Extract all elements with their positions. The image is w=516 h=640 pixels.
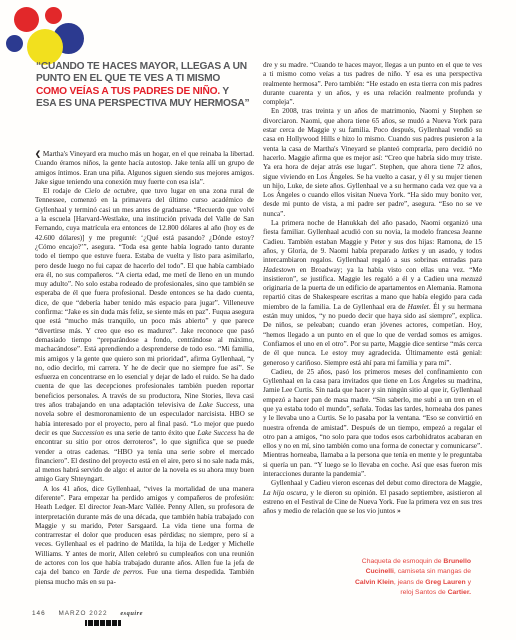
circle-red-large-icon (14, 7, 39, 32)
magazine-logo: esquire (120, 610, 143, 617)
paragraph: Cadieu, de 25 años, pasó los primeros me… (263, 368, 482, 480)
circle-yellow-icon (27, 29, 63, 65)
pull-quote-line: “CUANDO TE HACES MAYOR, LLEGAS A UN (36, 61, 298, 73)
article-column-left: ❮ Martha's Vineyard era mucho más un hog… (35, 150, 254, 606)
footer: 146 MARZO 2022 esquire (32, 610, 143, 617)
pull-quote: “CUANDO TE HACES MAYOR, LLEGAS A UNPUNTO… (36, 61, 298, 111)
article-column-right: dre y su madre. “Cuando te haces mayor, … (263, 61, 482, 535)
paragraph: Gyllenhaal y Cadieu vieron escenas del d… (263, 479, 482, 516)
pull-quote-line: PUNTO EN EL QUE TE VES A TI MISMO (36, 73, 298, 85)
pull-quote-line: ESA ES UNA PERSPECTIVA MUY HERMOSA” (36, 98, 298, 110)
paragraph: dre y su madre. “Cuando te haces mayor, … (263, 61, 482, 107)
paragraph: A los 41 años, dice Gyllenhaal, “vives l… (35, 485, 254, 587)
pull-quote-line: COMO VEÍAS A TUS PADRES DE NIÑO. Y (36, 86, 298, 98)
paragraph: En 2008, tras treinta y un años de matri… (263, 107, 482, 219)
circle-blue-small-icon (6, 35, 23, 52)
circle-red-small-icon (45, 7, 62, 24)
paragraph: El rodaje de Cielo de octubre, que tuvo … (35, 187, 254, 485)
barcode (85, 620, 121, 626)
page-number: 146 (32, 610, 46, 617)
paragraph: La primera noche de Hanukkah del año pas… (263, 219, 482, 368)
issue-date: MARZO 2022 (58, 610, 107, 617)
photo-caption: Chaqueta de esmoquin de Brunello Cucinel… (345, 557, 471, 598)
magazine-page: “CUANDO TE HACES MAYOR, LLEGAS A UNPUNTO… (0, 0, 516, 640)
paragraph: ❮ Martha's Vineyard era mucho más un hog… (35, 150, 254, 187)
